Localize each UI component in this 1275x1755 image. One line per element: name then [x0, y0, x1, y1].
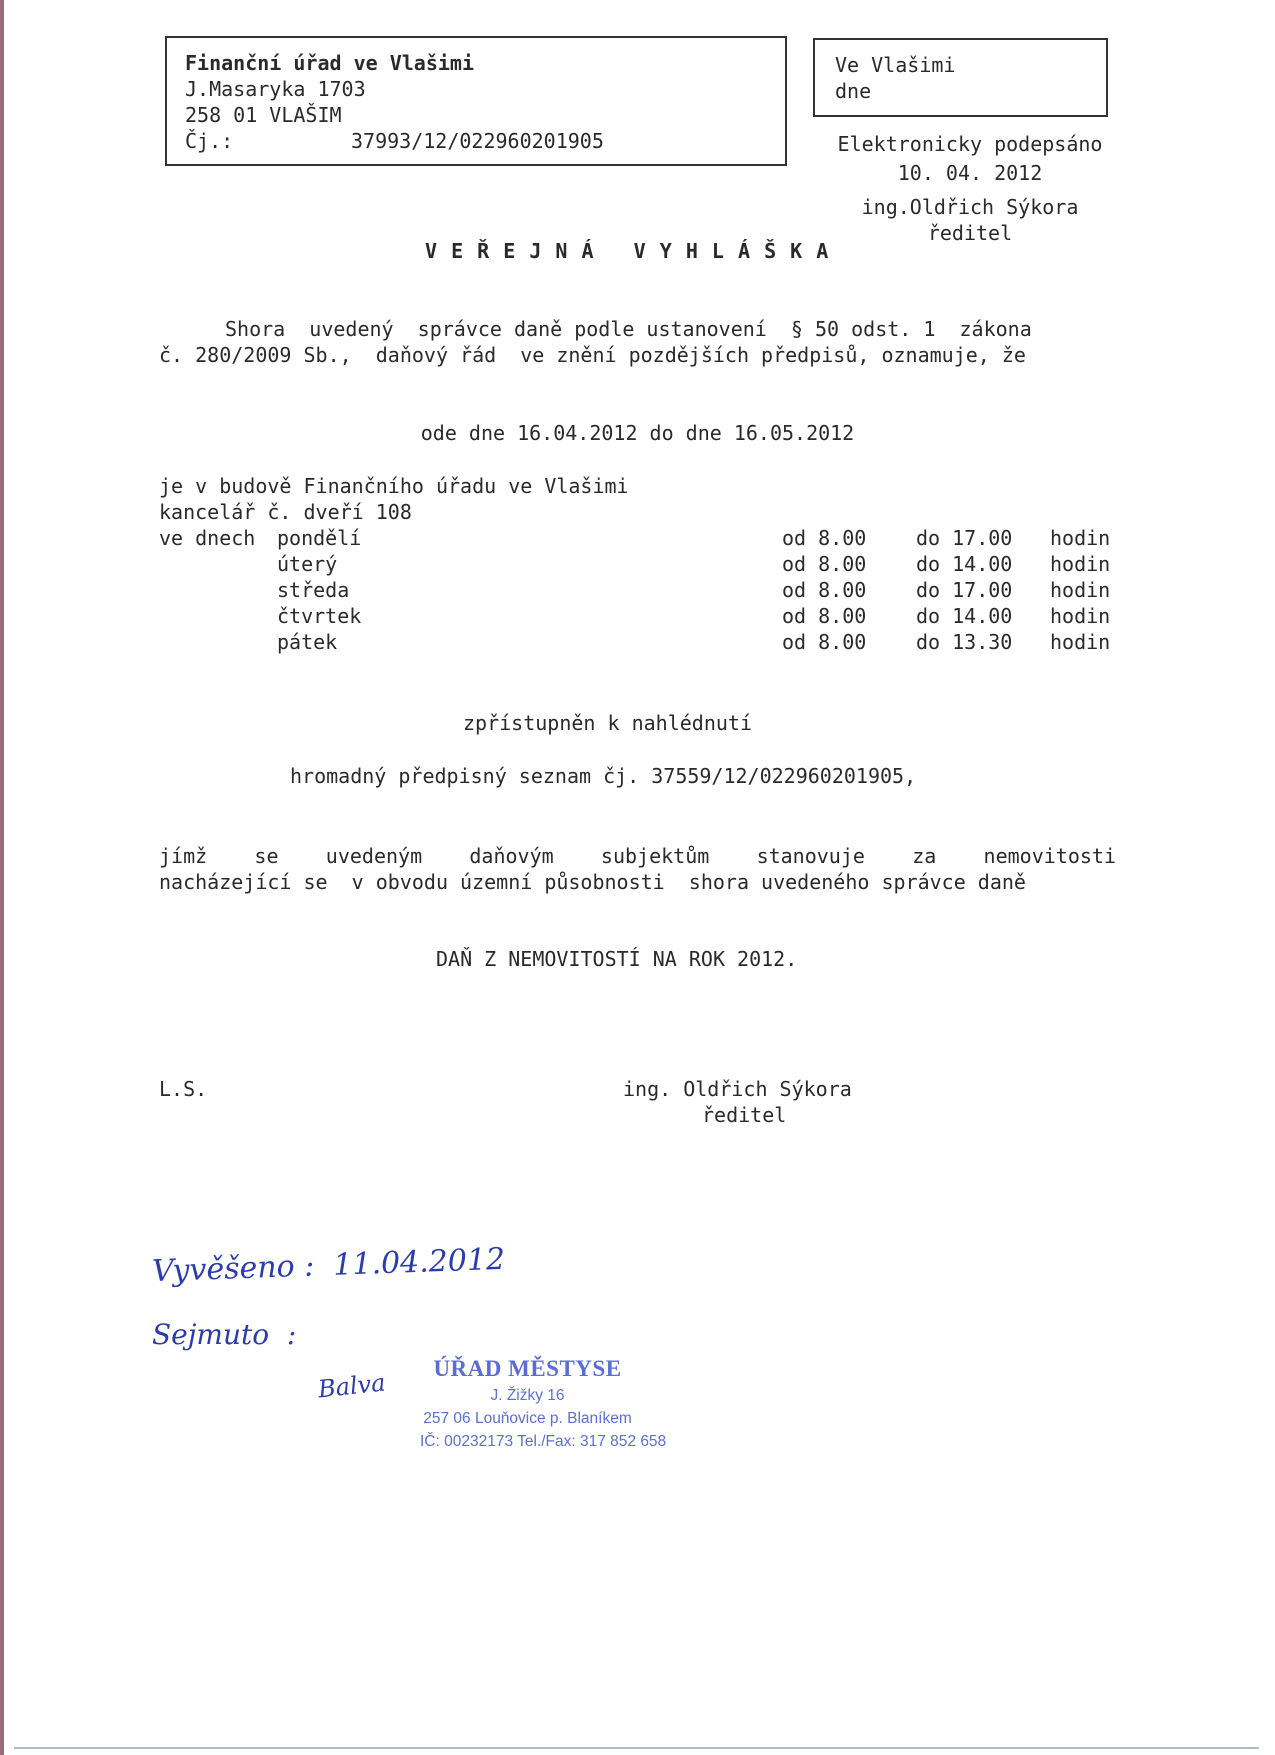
schedule-from: od 8.00: [782, 603, 866, 629]
date-label: dne: [835, 78, 871, 104]
display-period: ode dne 16.04.2012 do dne 16.05.2012: [0, 420, 1275, 446]
schedule-day: pátek: [277, 629, 337, 655]
signatory-name: ing. Oldřich Sýkora: [623, 1076, 852, 1102]
location-building: je v budově Finančního úřadu ve Vlašimi: [159, 473, 629, 499]
handwritten-initials: Balva: [317, 1369, 387, 1404]
schedule-from: od 8.00: [782, 525, 866, 551]
schedule-to: do 17.00: [916, 577, 1012, 603]
scan-bottom-edge: [14, 1747, 1259, 1749]
schedule-to: do 14.00: [916, 603, 1012, 629]
schedule-unit: hodin: [1050, 577, 1110, 603]
office-name: Finanční úřad ve Vlašimi: [185, 50, 474, 76]
reference-number: 37993/12/022960201905: [351, 128, 604, 154]
place-date-box: Ve Vlašimi dne: [813, 38, 1108, 117]
esign-role: ředitel: [800, 220, 1140, 246]
schedule-day: pondělí: [277, 525, 361, 551]
body-line-2: nacházející se v obvodu územní působnost…: [159, 869, 1026, 895]
schedule-from: od 8.00: [782, 577, 866, 603]
seal-label: L.S.: [159, 1076, 207, 1102]
schedule-unit: hodin: [1050, 525, 1110, 551]
scan-edge-strip: [0, 0, 4, 1755]
schedule-to: do 14.00: [916, 551, 1012, 577]
stamp-city: 257 06 Louňovice p. Blaníkem: [420, 1407, 635, 1430]
document-title: V E Ř E J N Á V Y H L Á Š K A: [425, 238, 829, 264]
schedule-row: pátek od 8.00 do 13.30 hodin: [159, 629, 1119, 655]
body-line-1: jímž se uvedeným daňovým subjektům stano…: [159, 843, 1116, 869]
schedule-unit: hodin: [1050, 551, 1110, 577]
schedule-row: pondělí od 8.00 do 17.00 hodin: [159, 525, 1119, 551]
handwritten-removed-label: Sejmuto :: [152, 1318, 296, 1351]
location-office: kancelář č. dveří 108: [159, 499, 412, 525]
list-reference: hromadný předpisný seznam čj. 37559/12/0…: [290, 763, 916, 789]
intro-line-2: č. 280/2009 Sb., daňový řád ve znění poz…: [159, 342, 1026, 368]
schedule-to: do 13.30: [916, 629, 1012, 655]
schedule-row: úterý od 8.00 do 14.00 hodin: [159, 551, 1119, 577]
schedule-day: čtvrtek: [277, 603, 361, 629]
signatory-role: ředitel: [702, 1102, 786, 1128]
intro-line-1: Shora uvedený správce daně podle ustanov…: [159, 316, 1116, 342]
sender-address-box: Finanční úřad ve Vlašimi J.Masaryka 1703…: [165, 36, 787, 166]
office-city: 258 01 VLAŠIM: [185, 102, 342, 128]
schedule-row: středa od 8.00 do 17.00 hodin: [159, 577, 1119, 603]
office-street: J.Masaryka 1703: [185, 76, 366, 102]
stamp-ids: IČ: 00232173 Tel./Fax: 317 852 658: [420, 1430, 635, 1453]
handwritten-posted-date: Vyvěšeno : 11.04.2012: [151, 1242, 505, 1289]
reference-label: Čj.:: [185, 128, 233, 154]
schedule-from: od 8.00: [782, 629, 866, 655]
esign-label: Elektronicky podepsáno: [800, 131, 1140, 157]
place-label: Ve Vlašimi: [835, 52, 955, 78]
schedule-from: od 8.00: [782, 551, 866, 577]
available-text: zpřístupněn k nahlédnutí: [463, 710, 752, 736]
esign-date: 10. 04. 2012: [800, 160, 1140, 186]
municipal-stamp: ÚŘAD MĚSTYSE J. Žižky 16 257 06 Louňovic…: [420, 1356, 635, 1453]
schedule-day: středa: [277, 577, 349, 603]
tax-title: DAŇ Z NEMOVITOSTÍ NA ROK 2012.: [436, 946, 797, 972]
schedule-row: čtvrtek od 8.00 do 14.00 hodin: [159, 603, 1119, 629]
schedule-unit: hodin: [1050, 629, 1110, 655]
stamp-title: ÚŘAD MĚSTYSE: [420, 1356, 635, 1382]
esign-signer: ing.Oldřich Sýkora: [800, 194, 1140, 220]
schedule-to: do 17.00: [916, 525, 1012, 551]
schedule-day: úterý: [277, 551, 337, 577]
schedule-unit: hodin: [1050, 603, 1110, 629]
stamp-street: J. Žižky 16: [420, 1384, 635, 1407]
